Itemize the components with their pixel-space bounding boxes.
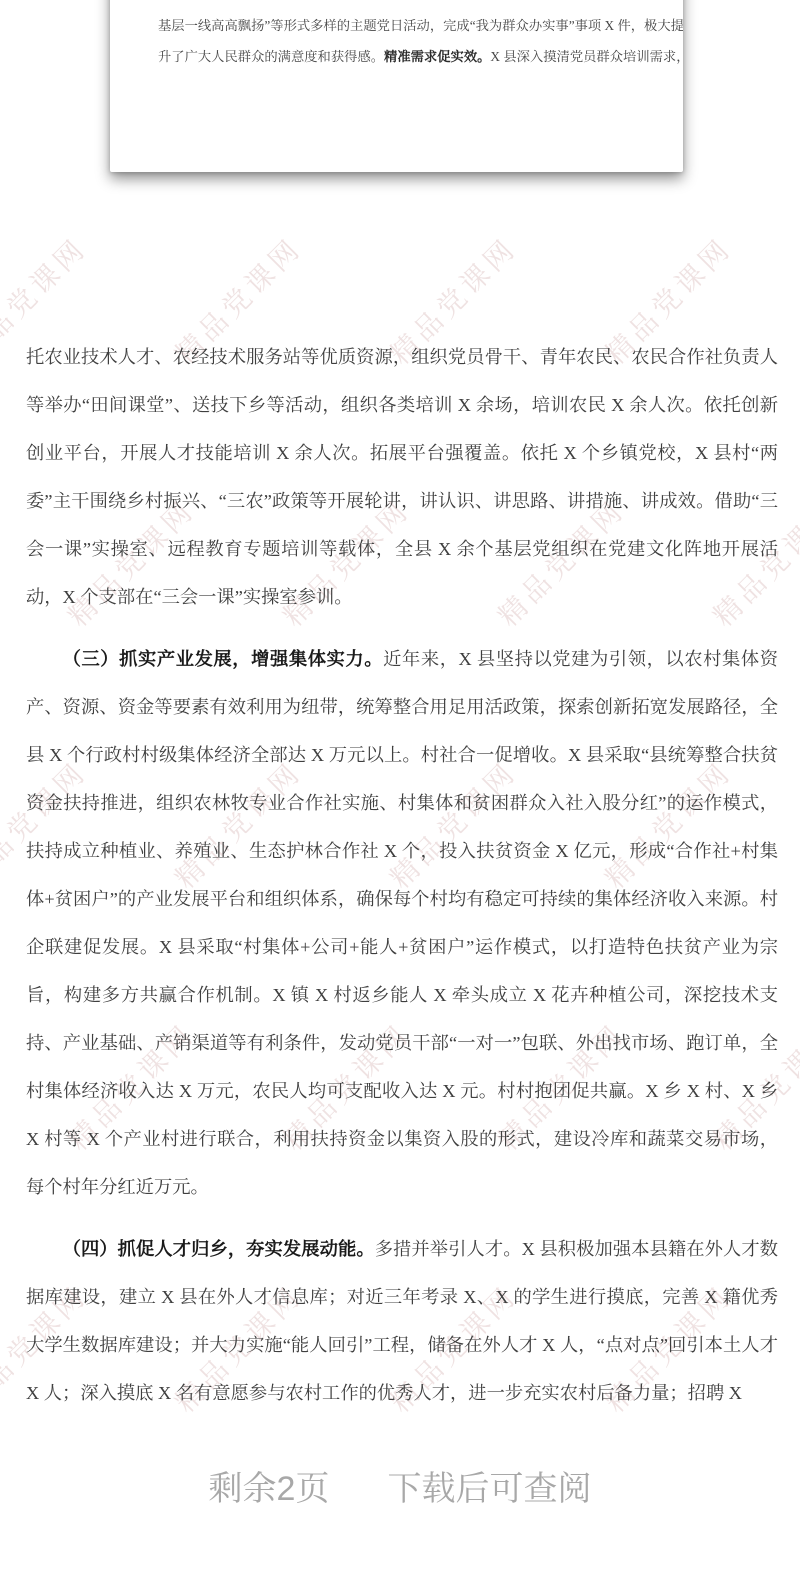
text-run: 多措并举引人才。X 县积极加强本县籍在外人才数据库建设，建立 X 县在外人才信息… <box>26 1239 778 1403</box>
text-run: 近年来，X 县坚持以党建为引领，以农村集体资产、资源、资金等要素有效利用为纽带，… <box>26 649 778 1197</box>
text-run: 升了广大人民群众的满意度和获得感。 <box>158 49 384 64</box>
document-preview-page: 精品党课网精品党课网精品党课网精品党课网精品党课网精品党课网精品党课网精品党课网… <box>0 0 800 1571</box>
paragraph: （四）抓促人才归乡，夯实发展动能。多措并举引人才。X 县积极加强本县籍在外人才数… <box>26 1225 778 1417</box>
remaining-pages-notice: 剩余2页 下载后可查阅 <box>0 1468 800 1510</box>
text-run: 托农业技术人才、农经技术服务站等优质资源，组织党员骨干、青年农民、农民合作社负责… <box>26 347 778 607</box>
document-body-text: 托农业技术人才、农经技术服务站等优质资源，组织党员骨干、青年农民、农民合作社负责… <box>26 333 778 1423</box>
page1-preview-card: 基层一线高高飘扬”等形式多样的主题党日活动，完成“我为群众办实事”事项 X 件，… <box>110 0 683 172</box>
bold-text-run: 精准需求促实效。 <box>384 49 490 64</box>
paragraph: （三）抓实产业发展，增强集体实力。近年来，X 县坚持以党建为引领，以农村集体资产… <box>26 635 778 1211</box>
bold-text-run: （三）抓实产业发展，增强集体实力。 <box>63 649 384 669</box>
paragraph: 托农业技术人才、农经技术服务站等优质资源，组织党员骨干、青年农民、农民合作社负责… <box>26 333 778 621</box>
remaining-pages-count: 剩余2页 <box>209 1468 330 1510</box>
text-run: 基层一线高高飘扬”等形式多样的主题党日活动，完成“我为群众办实事”事项 X 件，… <box>158 18 683 33</box>
bold-text-run: （四）抓促人才归乡，夯实发展动能。 <box>63 1239 375 1259</box>
download-to-view-hint: 下载后可查阅 <box>387 1468 591 1510</box>
text-run: X 县深入摸清党员群众培训需求，依 <box>490 49 683 64</box>
card-text-line: 基层一线高高飘扬”等形式多样的主题党日活动，完成“我为群众办实事”事项 X 件，… <box>158 10 663 41</box>
card-text-line: 升了广大人民群众的满意度和获得感。精准需求促实效。X 县深入摸清党员群众培训需求… <box>158 41 663 72</box>
